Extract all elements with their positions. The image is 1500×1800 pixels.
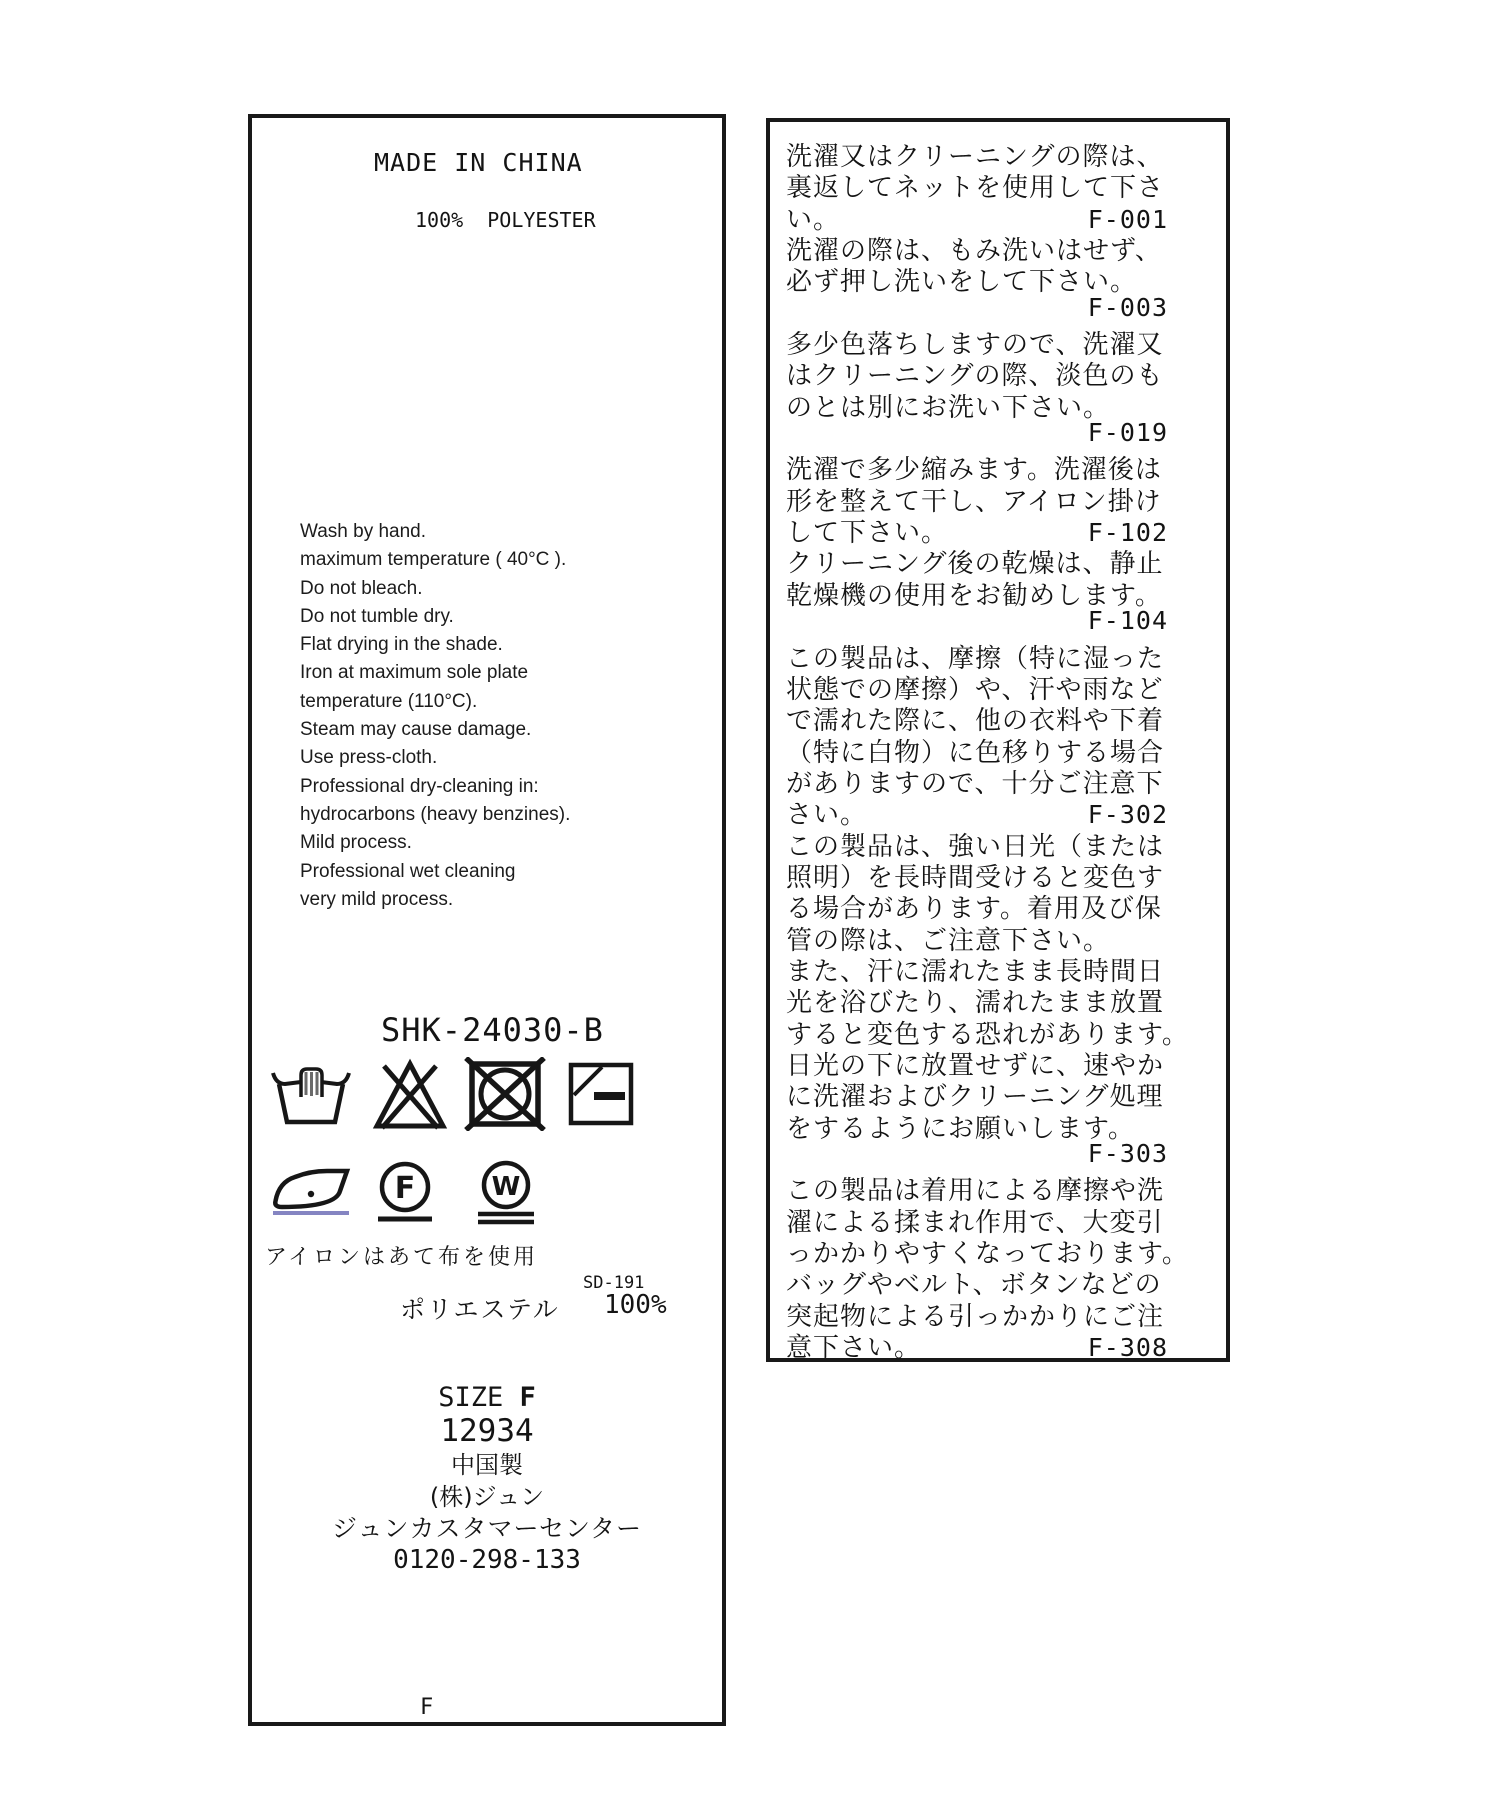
care-note-line: バッグやベルト、ボタンなどの bbox=[786, 1264, 1168, 1295]
company-name: (株)ジュン bbox=[252, 1482, 722, 1513]
svg-text:W: W bbox=[492, 1172, 521, 1202]
care-note-code: F-303 bbox=[1088, 1139, 1168, 1168]
iron-press-cloth-note: アイロンはあて布を使用 bbox=[265, 1240, 538, 1271]
care-notes-jp: 洗濯又はクリーニングの際は、 裏返してネットを使用して下さ い。 F-001 洗… bbox=[770, 122, 1168, 1358]
care-note-text: 必ず押し洗いをして下さい。 bbox=[786, 261, 1137, 298]
svg-text:F: F bbox=[395, 1171, 416, 1206]
care-note-text: 意下さい。 bbox=[786, 1327, 921, 1364]
item-number: 12934 bbox=[252, 1413, 722, 1449]
care-instruction-line: Professional wet cleaning bbox=[300, 858, 570, 886]
care-instruction-line: Wash by hand. bbox=[300, 518, 570, 546]
garment-care-label-sheet: MADE IN CHINA 100% POLYESTER Wash by han… bbox=[0, 0, 1500, 1800]
country-of-origin: 中国製 bbox=[252, 1449, 722, 1482]
care-note-line: 状態での摩擦）や、汗や雨など bbox=[786, 669, 1168, 700]
hand-wash-icon bbox=[270, 1066, 352, 1126]
care-instruction-line: Mild process. bbox=[300, 829, 570, 857]
care-note-line: すると変色する恐れがあります。 bbox=[786, 1014, 1168, 1045]
care-note-text: 裏返してネットを使用して下さ bbox=[786, 167, 1164, 204]
customer-center-phone: 0120-298-133 bbox=[252, 1545, 722, 1576]
dry-flat-in-shade-icon bbox=[567, 1061, 635, 1127]
material-percent: 100% bbox=[604, 1290, 667, 1320]
care-note-line: 濯による揉まれ作用で、大変引 bbox=[786, 1202, 1168, 1233]
care-note-code: F-308 bbox=[1088, 1333, 1168, 1362]
care-instruction-line: Do not bleach. bbox=[300, 575, 570, 603]
right-care-notes-panel: 洗濯又はクリーニングの際は、 裏返してネットを使用して下さ い。 F-001 洗… bbox=[766, 118, 1230, 1362]
iron-low-heat-icon bbox=[270, 1166, 352, 1218]
care-instruction-line: Professional dry-cleaning in: bbox=[300, 773, 570, 801]
care-note-line: この製品は、摩擦（特に湿った bbox=[786, 638, 1168, 669]
do-not-bleach-icon bbox=[372, 1056, 448, 1132]
care-note-line: っかかりやすくなっております。 bbox=[786, 1233, 1168, 1264]
material-name-jp: ポリエステル bbox=[400, 1290, 560, 1326]
care-note-line: で濡れた際に、他の衣料や下着 bbox=[786, 700, 1168, 731]
care-note-line: 形を整えて干し、アイロン掛け bbox=[786, 481, 1168, 512]
care-note-line: 洗濯の際は、もみ洗いはせず、 bbox=[786, 230, 1168, 261]
care-note-code: F-003 bbox=[1088, 293, 1168, 322]
care-instruction-line: very mild process. bbox=[300, 886, 570, 914]
care-note-line: をするようにお願いします。 bbox=[786, 1108, 1168, 1139]
care-note-line: また、汗に濡れたまま長時間日 bbox=[786, 951, 1168, 982]
care-note-line: 多少色落ちしますので、洗濯又 bbox=[786, 324, 1168, 355]
care-instruction-line: Steam may cause damage. bbox=[300, 716, 570, 744]
care-note-line: 光を浴びたり、濡れたまま放置 bbox=[786, 982, 1168, 1013]
care-note-text: のとは別にお洗い下さい。 bbox=[786, 387, 1110, 424]
care-note-code: F-104 bbox=[1088, 606, 1168, 635]
care-instruction-line: temperature (110°C). bbox=[300, 688, 570, 716]
care-note-line: 突起物による引っかかりにご注 bbox=[786, 1296, 1168, 1327]
care-instruction-line: maximum temperature ( 40°C ). bbox=[300, 546, 570, 574]
care-note-line: （特に白物）に色移りする場合 bbox=[786, 732, 1168, 763]
care-note-line: この製品は着用による摩擦や洗 bbox=[786, 1170, 1168, 1201]
care-note-code: F-019 bbox=[1088, 418, 1168, 447]
size-value: F bbox=[520, 1382, 536, 1413]
do-not-tumble-dry-icon bbox=[463, 1057, 547, 1131]
care-instruction-line: Flat drying in the shade. bbox=[300, 631, 570, 659]
product-code: SHK-24030-B bbox=[381, 1011, 604, 1049]
bottom-size-mark: F bbox=[420, 1695, 433, 1720]
wet-clean-very-mild-icon: W bbox=[473, 1160, 539, 1230]
care-note-line: 洗濯又はクリーニングの際は、 bbox=[786, 136, 1168, 167]
care-instruction-line: Use press-cloth. bbox=[300, 744, 570, 772]
care-note-line: がありますので、十分ご注意下 bbox=[786, 763, 1168, 794]
care-note-line: クリーニング後の乾燥は、静止 bbox=[786, 543, 1168, 574]
care-note-line: 洗濯で多少縮みます。洗濯後は bbox=[786, 449, 1168, 480]
care-note-line: 裏返してネットを使用して下さ bbox=[786, 167, 1168, 198]
care-instruction-line: Iron at maximum sole plate bbox=[300, 659, 570, 687]
care-note-line: はクリーニングの際、淡色のも bbox=[786, 355, 1168, 386]
care-note-line: 照明）を長時間受けると変色す bbox=[786, 857, 1168, 888]
care-note-line: 必ず押し洗いをして下さい。 bbox=[786, 261, 1168, 292]
product-info-block: SIZE F 12934 中国製 (株)ジュン ジュンカスタマーセンター 012… bbox=[252, 1383, 722, 1576]
size-label: SIZE bbox=[438, 1382, 503, 1413]
composition-text: 100% POLYESTER bbox=[415, 208, 596, 232]
care-note-line: 日光の下に放置せずに、速やか bbox=[786, 1045, 1168, 1076]
care-note-line: る場合があります。着用及び保 bbox=[786, 888, 1168, 919]
left-label-panel: MADE IN CHINA 100% POLYESTER Wash by han… bbox=[248, 114, 726, 1726]
care-note-line: この製品は、強い日光（または bbox=[786, 826, 1168, 857]
size-line: SIZE F bbox=[252, 1383, 722, 1413]
care-note-text: をするようにお願いします。 bbox=[786, 1108, 1135, 1145]
care-instruction-line: hydrocarbons (heavy benzines). bbox=[300, 801, 570, 829]
care-note-line: に洗濯およびクリーニング処理 bbox=[786, 1076, 1168, 1107]
dry-clean-petroleum-icon: F bbox=[372, 1160, 438, 1224]
care-note-line: 乾燥機の使用をお勧めします。 bbox=[786, 575, 1168, 606]
care-instructions-en: Wash by hand. maximum temperature ( 40°C… bbox=[300, 518, 570, 914]
customer-center-name: ジュンカスタマーセンター bbox=[252, 1513, 722, 1545]
care-instruction-line: Do not tumble dry. bbox=[300, 603, 570, 631]
made-in-text: MADE IN CHINA bbox=[374, 148, 583, 177]
